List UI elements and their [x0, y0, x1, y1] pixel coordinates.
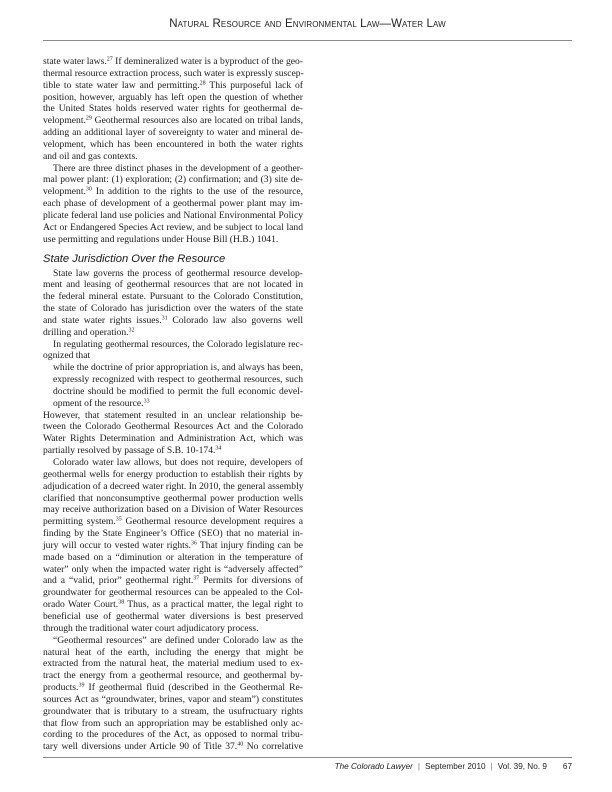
paragraph: There are three distinct phases in the d…	[43, 163, 303, 246]
paragraph: State law governs the process of geother…	[43, 268, 303, 339]
section-heading: State Jurisdiction Over the Resource	[43, 253, 303, 266]
page-footer: The Colorado Lawyer|September 2010|Vol. …	[335, 762, 572, 771]
issue-date: September 2010	[425, 762, 486, 771]
footnote-ref[interactable]: 34	[215, 446, 221, 452]
text-column: state water laws.27 If demineralized wat…	[43, 56, 303, 753]
header-rule	[43, 40, 572, 41]
running-header-title: Natural Resource and Environmental Law—W…	[43, 18, 572, 30]
footnote-ref[interactable]: 32	[129, 327, 135, 333]
page-number: 67	[547, 762, 572, 771]
paragraph: “Geothermal resources” are defined under…	[43, 635, 303, 753]
paragraph: Colorado water law allows, but does not …	[43, 457, 303, 635]
footer-separator: |	[486, 762, 498, 771]
footer-rule	[43, 757, 572, 758]
volume-number: Vol. 39, No. 9	[498, 762, 547, 771]
paragraph: state water laws.27 If demineralized wat…	[43, 56, 303, 163]
paragraph: However, that statement resulted in an u…	[43, 410, 303, 457]
footnote-ref[interactable]: 33	[144, 398, 150, 404]
document-page: Natural Resource and Environmental Law—W…	[0, 0, 612, 792]
block-quote: while the doctrine of prior appropriatio…	[43, 362, 303, 409]
publication-name: The Colorado Lawyer	[335, 762, 413, 771]
paragraph: In regulating geothermal resources, the …	[43, 339, 303, 363]
footer-separator: |	[413, 762, 425, 771]
